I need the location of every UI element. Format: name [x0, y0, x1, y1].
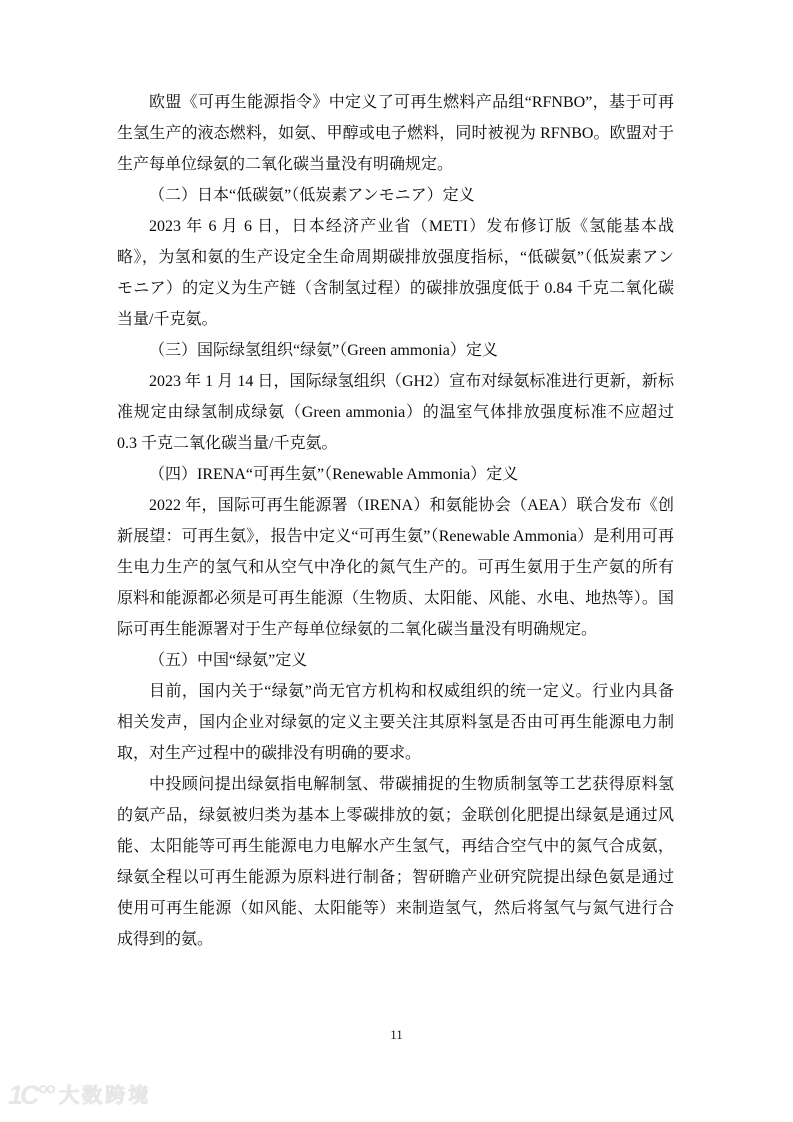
body-paragraph: 目前，国内关于“绿氨”尚无官方机构和权威组织的统一定义。行业内具备相关发声，国内…	[117, 676, 674, 769]
section-heading: （五）中国“绿氨”定义	[117, 645, 674, 676]
document-page: 欧盟《可再生能源指令》中定义了可再生燃料产品组“RFNBO”，基于可再生氢生产的…	[0, 0, 793, 1122]
body-paragraph: 欧盟《可再生能源指令》中定义了可再生燃料产品组“RFNBO”，基于可再生氢生产的…	[117, 87, 674, 180]
watermark: 1C°° 大数跨境	[8, 1082, 151, 1109]
body-paragraph: 中投顾问提出绿氨指电解制氢、带碳捕捉的生物质制氢等工艺获得原料氢的氨产品，绿氨被…	[117, 769, 674, 955]
watermark-logo-icon: 1C°°	[8, 1082, 52, 1109]
watermark-brand-text: 大数跨境	[59, 1084, 151, 1108]
section-heading: （三）国际绿氢组织“绿氨”（Green ammonia）定义	[117, 335, 674, 366]
section-heading: （四）IRENA“可再生氨”（Renewable Ammonia）定义	[117, 459, 674, 490]
body-paragraph: 2022 年，国际可再生能源署（IRENA）和氨能协会（AEA）联合发布《创新展…	[117, 490, 674, 645]
document-body: 欧盟《可再生能源指令》中定义了可再生燃料产品组“RFNBO”，基于可再生氢生产的…	[117, 87, 674, 955]
body-paragraph: 2023 年 1 月 14 日，国际绿氢组织（GH2）宣布对绿氨标准进行更新，新…	[117, 366, 674, 459]
page-number: 11	[0, 1026, 793, 1044]
body-paragraph: 2023 年 6 月 6 日，日本经济产业省（METI）发布修订版《氢能基本战略…	[117, 211, 674, 335]
section-heading: （二）日本“低碳氨”（低炭素アンモニア）定义	[117, 180, 674, 211]
